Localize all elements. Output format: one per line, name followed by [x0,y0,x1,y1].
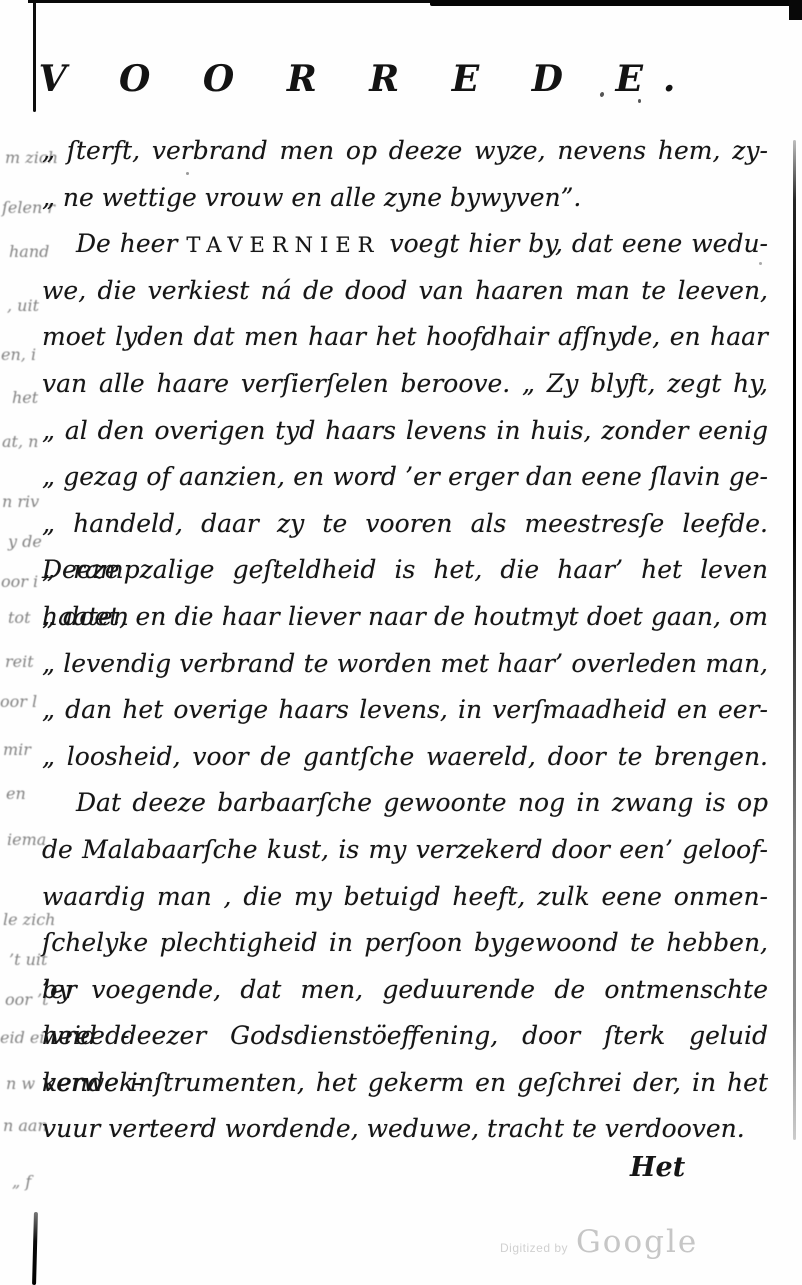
text-line: „ ſterft, verbrand men op deeze wyze, ne… [42,128,768,175]
scan-edge-top-right [430,0,802,6]
bleedthrough-fragment: mir [3,740,31,759]
author-name-smallcaps: TAVERNIER [186,233,380,257]
bleedthrough-fragment: , uit [7,296,39,315]
scan-edge-top-left [28,0,448,3]
text-line: kende inſtrumenten, het gekerm en geſchr… [42,1060,768,1107]
text-line: moet lyden dat men haar het hoofdhair af… [42,314,768,361]
text-run: voegt hier by, dat eene wedu- [381,229,769,258]
text-line: we, die verkiest ná de dood van haaren m… [42,268,768,315]
bleedthrough-fragment: at, n [2,432,38,451]
text-line: vuur verteerd wordende, weduwe, tracht t… [42,1106,768,1153]
bleedthrough-fragment: eid ei [0,1028,45,1047]
text-line: De heer TAVERNIER voegt hier by, dat een… [42,221,768,268]
text-line: „ gezag of aanzien, en word ’er erger da… [42,454,768,501]
scan-edge-corner [789,0,802,20]
bleedthrough-fragment: en [6,784,26,803]
text-line: Dat deeze barbaarſche gewoonte nog in zw… [42,780,768,827]
text-line: ſchelyke plechtigheid in perſoon bygewoo… [42,920,768,967]
text-line: waardig man , die my betuigd heeft, zulk… [42,874,768,921]
scan-edge-right [793,140,796,1140]
google-logo: Google [576,1224,698,1260]
text-line: „ loosheid, voor de gantſche waereld, do… [42,734,768,781]
google-watermark: Digitized by Google [500,1224,698,1260]
text-run: De heer [76,229,186,258]
text-line: by voegende, dat men, geduurende de ontm… [42,967,768,1014]
bleedthrough-fragment: n riv [2,492,39,511]
text-line: „ doet, en die haar liever naar de houtm… [42,594,768,641]
text-line: van alle haare verſierſelen beroove. „ Z… [42,361,768,408]
catchword: Het [630,1152,685,1183]
text-line: heid deezer Godsdienstöeffening, door ſt… [42,1013,768,1060]
text-line: de Malabaarſche kust, is my verzekerd do… [42,827,768,874]
bleedthrough-fragment: n w [6,1074,35,1093]
scanned-book-page: m zich ſelen r hand , uit en, i het at, … [0,0,802,1285]
bleedthrough-fragment: en, i [1,345,36,364]
bleedthrough-margin: m zich ſelen r hand , uit en, i het at, … [0,0,40,1285]
bleedthrough-fragment: y de [8,532,42,551]
page-title: V O O R R E D E. [0,58,768,100]
bleedthrough-fragment: oor i [1,572,38,591]
digitized-by-label: Digitized by [500,1241,568,1255]
text-line: „ rampzalige geſteldheid is het, die haa… [42,547,768,594]
text-line: „ dan het overige haars levens, in verſm… [42,687,768,734]
bleedthrough-fragment: tot [8,608,31,627]
text-line: „ levendig verbrand te worden met haar’ … [42,641,768,688]
text-line: „ al den overigen tyd haars levens in hu… [42,408,768,455]
bleedthrough-fragment: „ f [12,1172,31,1191]
bleedthrough-fragment: oor l [0,692,37,711]
bleedthrough-fragment: iema [7,830,46,849]
text-line: „ handeld, daar zy te vooren als meestre… [42,501,768,548]
bleedthrough-fragment: het [12,388,38,407]
text-line: „ ne wettige vrouw en alle zyne bywyven”… [42,175,768,222]
body-text: „ ſterft, verbrand men op deeze wyze, ne… [42,128,768,1153]
bleedthrough-fragment: reit [5,652,34,671]
